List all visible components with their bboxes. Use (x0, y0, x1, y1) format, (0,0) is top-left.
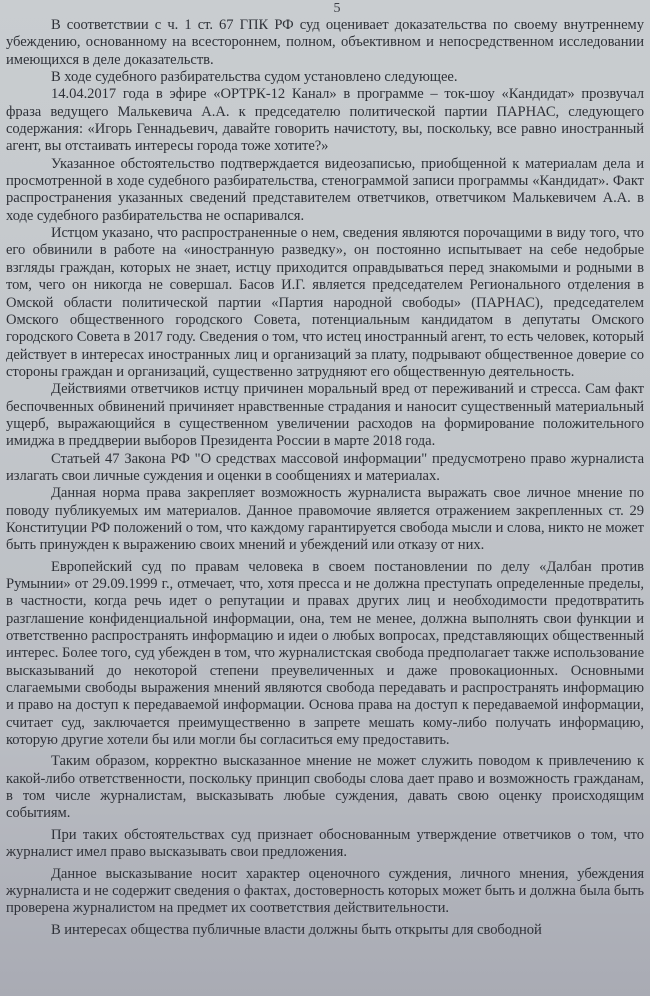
page-number: 5 (6, 0, 644, 17)
paragraph-broadcast-phrase: 14.04.2017 года в эфире «ОРТРК-12 Канал»… (6, 86, 644, 155)
paragraph-video-evidence: Указанное обстоятельство подтверждается … (6, 156, 644, 225)
paragraph-value-judgment: Данное высказывание носит характер оцено… (6, 866, 644, 918)
paragraph-court-finding: При таких обстоятельствах суд признает о… (6, 827, 644, 862)
paragraph-public-authorities: В интересах общества публичные власти до… (6, 922, 644, 939)
paragraph-media-law-article-47: Статьей 47 Закона РФ "О средствах массов… (6, 451, 644, 486)
paragraph-moral-harm: Действиями ответчиков истцу причинен мор… (6, 381, 644, 450)
paragraph-court-established: В ходе судебного разбирательства судом у… (6, 69, 644, 86)
paragraph-plaintiff-claims: Истцом указано, что распространенные о н… (6, 225, 644, 381)
paragraph-constitution-article-29: Данная норма права закрепляет возможност… (6, 485, 644, 554)
document-page: 5 В соответствии с ч. 1 ст. 67 ГПК РФ су… (0, 0, 650, 996)
paragraph-opinion-liability: Таким образом, корректно высказанное мне… (6, 753, 644, 822)
paragraph-echr-dalban: Европейский суд по правам человека в сво… (6, 559, 644, 750)
paragraph-evidence-assessment: В соответствии с ч. 1 ст. 67 ГПК РФ суд … (6, 17, 644, 69)
